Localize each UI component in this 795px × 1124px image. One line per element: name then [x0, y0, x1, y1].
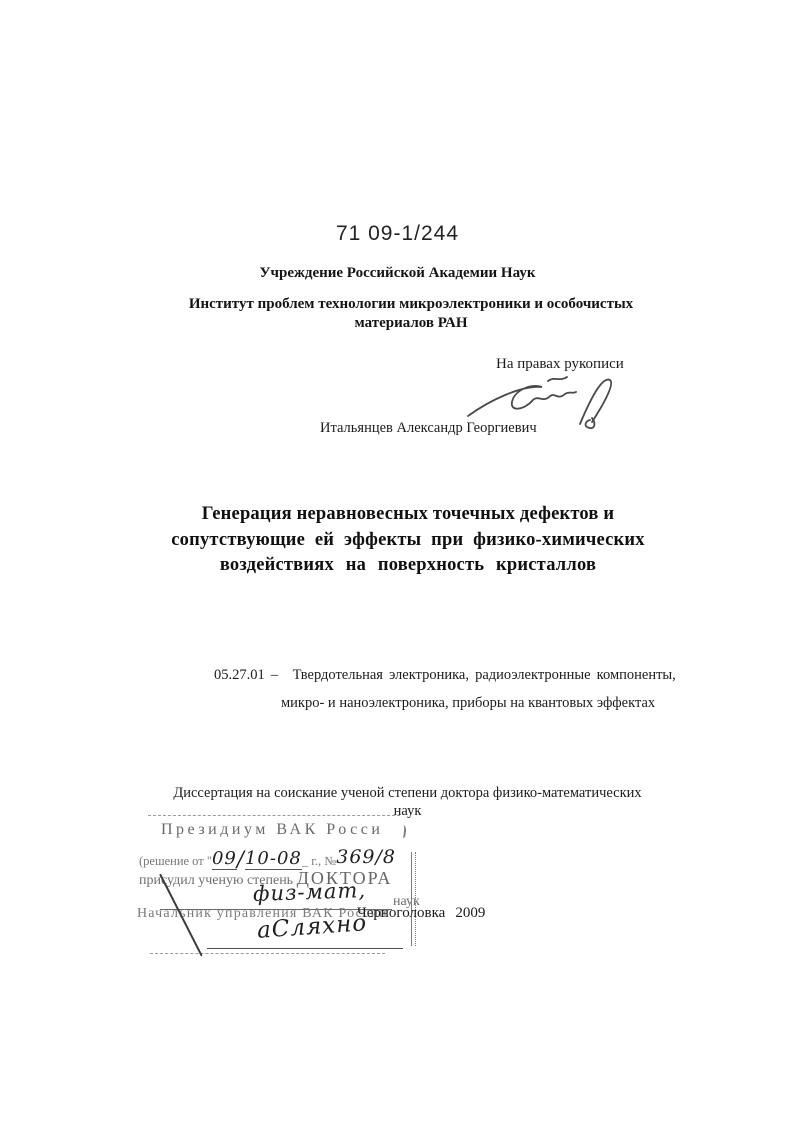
decision-date-day-handwriting: 09 — [212, 848, 237, 870]
catalog-number: 71 09-1/244 — [0, 222, 795, 246]
specialty-text: Твердотельная электроника, радиоэлектрон… — [293, 667, 676, 683]
stamp-top-border — [148, 815, 400, 816]
dissertation-type-line-1: Диссертация на соискание ученой степени … — [20, 785, 795, 802]
year: 2009 — [455, 905, 485, 921]
stamp-decision-line: (решение от "09/10-08_ г., №369/8 — [139, 846, 396, 870]
decision-number-handwriting: 369/8 — [336, 846, 396, 868]
specialty-line-1: 05.27.01 – Твердотельная электроника, ра… — [214, 667, 676, 684]
stamp-right-border — [411, 852, 416, 946]
author-name: Итальянцев Александр Георгиевич — [320, 420, 537, 437]
specialty-code: 05.27.01 – — [214, 667, 278, 683]
signature-underline — [207, 948, 403, 949]
title-line-2: сопутствующие ей эффекты при физико-хими… — [128, 528, 688, 554]
dissertation-title: Генерация неравновесных точечных дефекто… — [128, 502, 688, 579]
decision-prefix: (решение от " — [139, 854, 212, 868]
institution-name: Учреждение Российской Академии Наук — [0, 265, 795, 282]
field-handwriting: физ-мат, — [253, 878, 367, 906]
stamp-header-flourish-icon — [398, 825, 407, 839]
specialty-line-2: микро- и наноэлектроника, приборы на ква… — [281, 695, 655, 712]
title-line-3: воздействиях на поверхность кристаллов — [128, 553, 688, 579]
city: Черноголовка — [357, 905, 445, 921]
stamp-header: Президиум ВАК Росси — [161, 821, 383, 839]
institute-name: Институт проблем технологии микроэлектро… — [176, 295, 646, 333]
scanned-title-page: 71 09-1/244 Учреждение Российской Академ… — [0, 0, 795, 1124]
stamp-bottom-border — [150, 953, 385, 954]
decision-middle: _ г., № — [302, 854, 336, 868]
title-line-1: Генерация неравновесных точечных дефекто… — [128, 502, 688, 528]
city-year-line: Черноголовка2009 — [357, 905, 485, 922]
decision-date-rest-handwriting: 10-08 — [245, 848, 302, 870]
manuscript-note: На правах рукописи — [496, 356, 624, 373]
vak-approval-stamp: Президиум ВАК Росси (решение от "09/10-0… — [135, 810, 515, 962]
